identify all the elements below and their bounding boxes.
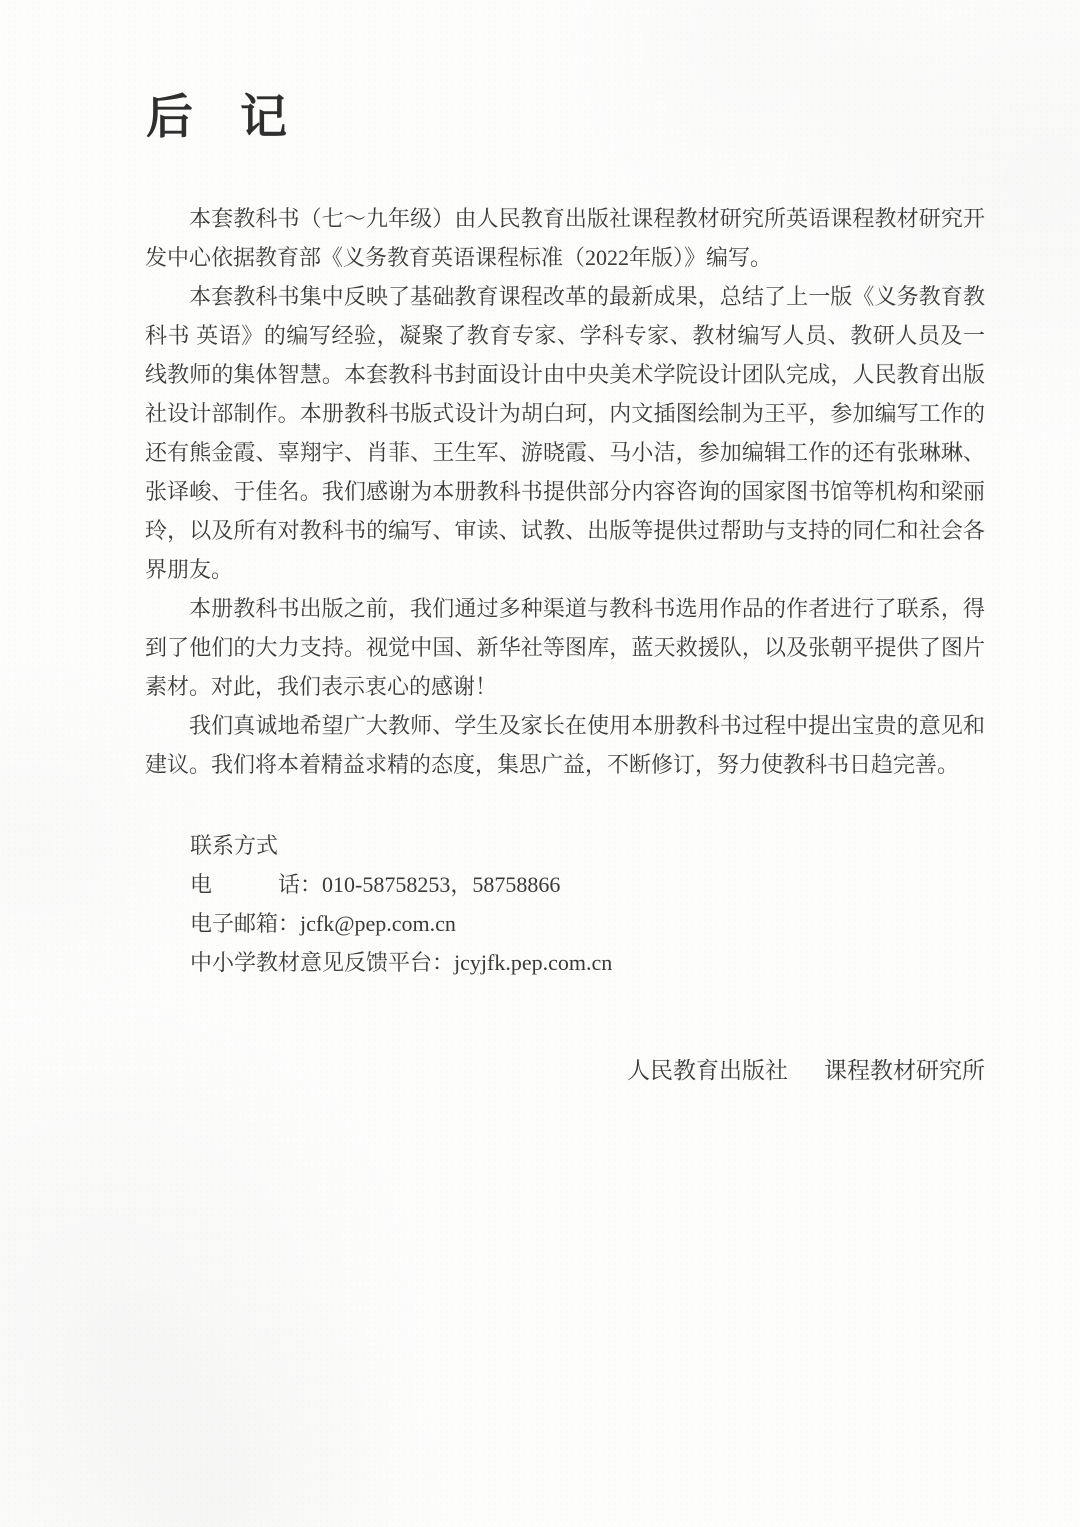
contact-line-feedback-platform: 中小学教材意见反馈平台：jcyjfk.pep.com.cn: [190, 943, 985, 982]
phone-label: 电 话：: [190, 872, 322, 897]
afterword-page: 后 记 本套教科书（七～九年级）由人民教育出版社课程教材研究所英语课程教材研究开…: [0, 0, 1080, 1527]
email-address: jcfk@pep.com.cn: [300, 911, 456, 936]
paragraph-feedback-request: 我们真诚地希望广大教师、学生及家长在使用本册教科书过程中提出宝贵的意见和建议。我…: [145, 706, 985, 784]
phone-number: 010-58758253，58758866: [322, 872, 560, 897]
contact-heading: 联系方式: [190, 826, 985, 865]
contact-line-phone: 电 话：010-58758253，58758866: [190, 865, 985, 904]
publisher-name: 人民教育出版社: [627, 1058, 788, 1083]
contact-section: 联系方式 电 话：010-58758253，58758866 电子邮箱：jcfk…: [145, 826, 985, 982]
signature-line: 人民教育出版社课程教材研究所: [145, 1056, 985, 1086]
feedback-platform-url: jcyjfk.pep.com.cn: [454, 950, 612, 975]
paragraph-credits: 本套教科书集中反映了基础教育课程改革的最新成果，总结了上一版《义务教育教科书 英…: [145, 277, 985, 589]
paragraph-origin: 本套教科书（七～九年级）由人民教育出版社课程教材研究所英语课程教材研究开发中心依…: [145, 199, 985, 277]
page-title: 后 记: [146, 93, 287, 145]
institute-name: 课程教材研究所: [824, 1058, 985, 1083]
contact-line-email: 电子邮箱：jcfk@pep.com.cn: [190, 904, 985, 943]
email-label: 电子邮箱：: [190, 911, 300, 936]
paragraph-image-sources: 本册教科书出版之前，我们通过多种渠道与教科书选用作品的作者进行了联系，得到了他们…: [145, 589, 985, 706]
body-text-block: 本套教科书（七～九年级）由人民教育出版社课程教材研究所英语课程教材研究开发中心依…: [145, 199, 985, 1086]
feedback-platform-label: 中小学教材意见反馈平台：: [190, 950, 454, 975]
